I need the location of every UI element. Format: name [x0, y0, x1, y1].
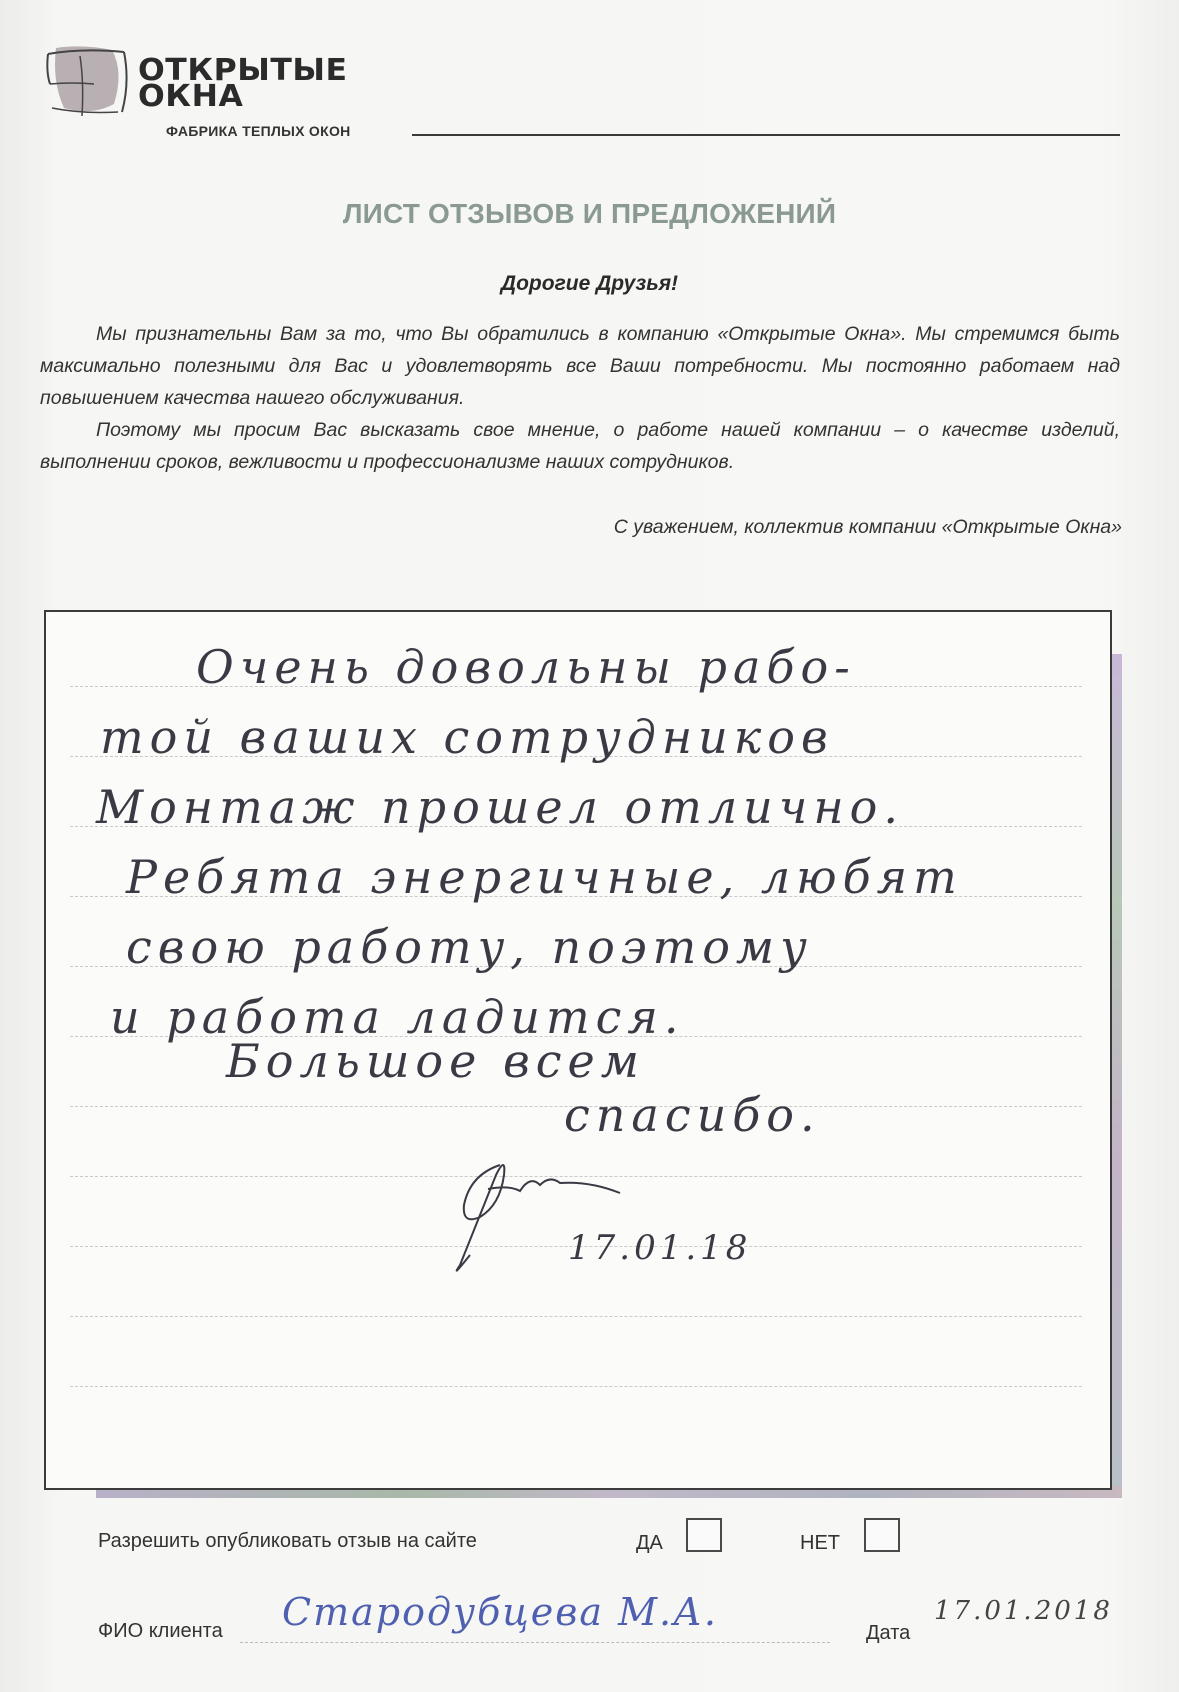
brand-name: ОТКРЫТЫЕ ОКНА [138, 58, 348, 110]
intro-text: Мы признательны Вам за то, что Вы обрати… [40, 318, 1120, 478]
window-logo-icon [42, 42, 132, 118]
regards-line: С уважением, коллектив компании «Открыты… [614, 516, 1122, 539]
handwritten-line: той ваших сотрудников [100, 710, 834, 764]
publish-consent-label: Разрешить опубликовать отзыв на сайте [98, 1530, 477, 1553]
intro-paragraph: Мы признательны Вам за то, что Вы обрати… [40, 318, 1120, 414]
publish-no-checkbox[interactable] [864, 1518, 900, 1552]
ruled-line [70, 1316, 1082, 1317]
date-field[interactable]: 17.01.2018 [934, 1596, 1113, 1626]
client-name-field[interactable] [240, 1642, 830, 1643]
no-label: НЕТ [800, 1532, 840, 1555]
date-label: Дата [866, 1622, 910, 1645]
handwritten-line: спасибо. [564, 1088, 821, 1142]
greeting: Дорогие Друзья! [0, 272, 1179, 296]
intro-paragraph: Поэтому мы просим Вас высказать свое мне… [40, 414, 1120, 478]
publish-yes-checkbox[interactable] [686, 1518, 722, 1552]
handwritten-line: Большое всем [226, 1034, 645, 1088]
handwritten-date: 17.01.18 [568, 1228, 751, 1268]
yes-label: ДА [636, 1532, 663, 1555]
document-title: ЛИСТ ОТЗЫВОВ И ПРЕДЛОЖЕНИЙ [0, 198, 1179, 230]
header-divider [412, 134, 1120, 136]
ruled-line [70, 1386, 1082, 1387]
brand-tagline: ФАБРИКА ТЕПЛЫХ ОКОН [166, 123, 351, 139]
feedback-form-page: ОТКРЫТЫЕ ОКНА ФАБРИКА ТЕПЛЫХ ОКОН ЛИСТ О… [0, 0, 1179, 1692]
handwritten-line: Очень довольны рабо- [196, 640, 856, 694]
handwritten-line: Ребята энергичные, любят [126, 850, 963, 904]
client-name-label: ФИО клиента [98, 1620, 223, 1643]
handwritten-line: свою работу, поэтому [126, 920, 813, 974]
client-name-value: Стародубцева М.А. [282, 1590, 718, 1634]
handwritten-line: Монтаж прошел отлично. [96, 780, 904, 834]
